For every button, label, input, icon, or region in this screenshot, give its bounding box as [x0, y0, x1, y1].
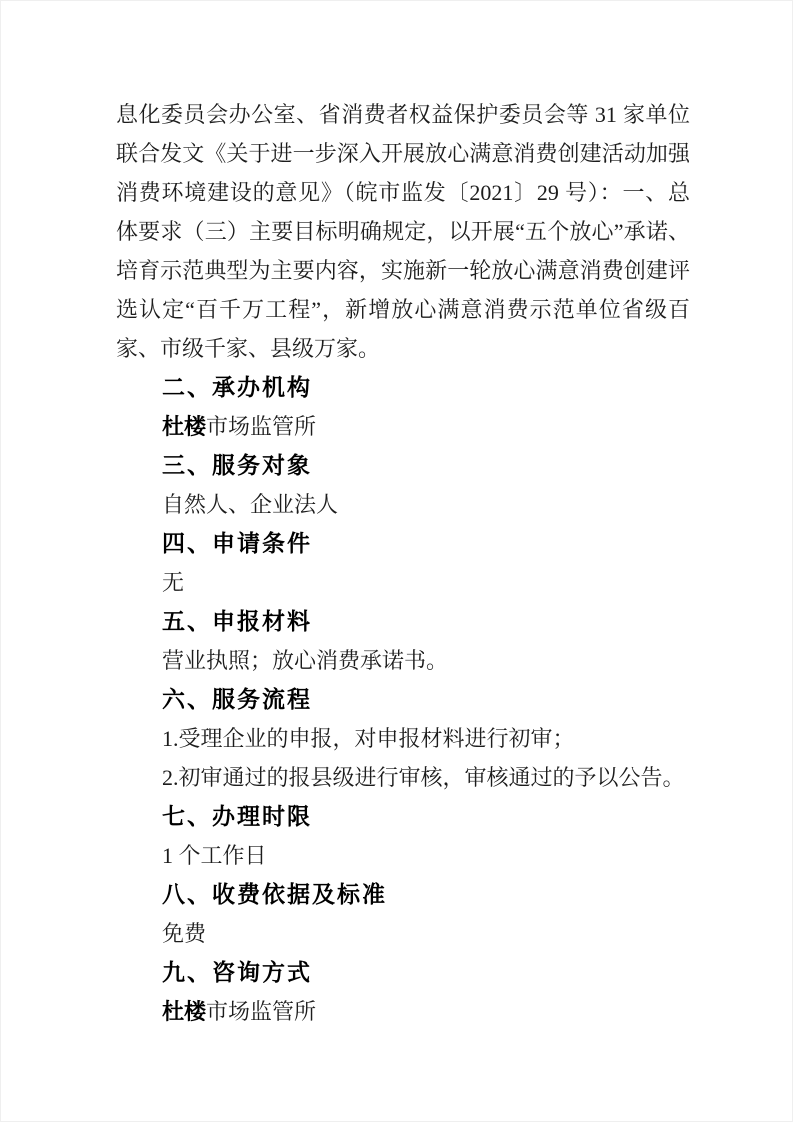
- section-body: 杜楼市场监管所: [116, 992, 690, 1031]
- section-body-text: 市场监管所: [206, 999, 316, 1024]
- intro-paragraph: 息化委员会办公室、省消费者权益保护委员会等 31 家单位 联合发文《关于进一步深…: [116, 95, 690, 368]
- section-body-emphasis: 杜楼: [162, 999, 206, 1024]
- intro-line: 家、市级千家、县级万家。: [116, 329, 690, 368]
- section-heading: 三、服务对象: [116, 446, 690, 485]
- section-body-text: 市场监管所: [206, 414, 316, 439]
- section-body: 杜楼市场监管所: [116, 407, 690, 446]
- section-body: 免费: [116, 914, 690, 953]
- section-consultation-method: 九、咨询方式 杜楼市场监管所: [116, 953, 690, 1031]
- section-fee-basis-standard: 八、收费依据及标准 免费: [116, 875, 690, 953]
- intro-line: 体要求（三）主要目标明确规定，以开展“五个放心”承诺、: [116, 212, 690, 251]
- section-heading: 九、咨询方式: [116, 953, 690, 992]
- section-service-process: 六、服务流程 1.受理企业的申报，对申报材料进行初审； 2.初审通过的报县级进行…: [116, 680, 690, 797]
- section-body: 营业执照；放心消费承诺书。: [116, 641, 690, 680]
- section-body: 自然人、企业法人: [116, 485, 690, 524]
- section-undertaking-agency: 二、承办机构 杜楼市场监管所: [116, 368, 690, 446]
- section-body-text: 免费: [162, 921, 206, 946]
- section-body: 1.受理企业的申报，对申报材料进行初审；: [116, 719, 690, 758]
- section-body: 1 个工作日: [116, 836, 690, 875]
- section-body-text: 自然人、企业法人: [162, 492, 338, 517]
- section-body-text: 2.初审通过的报县级进行审核，审核通过的予以公告。: [162, 765, 685, 790]
- document-page: 息化委员会办公室、省消费者权益保护委员会等 31 家单位 联合发文《关于进一步深…: [0, 0, 793, 1122]
- section-service-target: 三、服务对象 自然人、企业法人: [116, 446, 690, 524]
- intro-line: 息化委员会办公室、省消费者权益保护委员会等 31 家单位: [116, 95, 690, 134]
- section-application-materials: 五、申报材料 营业执照；放心消费承诺书。: [116, 602, 690, 680]
- intro-line: 消费环境建设的意见》（皖市监发〔2021〕29 号）：一、总: [116, 173, 690, 212]
- section-body-text: 1 个工作日: [162, 843, 267, 868]
- section-body: 无: [116, 563, 690, 602]
- section-heading: 四、申请条件: [116, 524, 690, 563]
- intro-line: 联合发文《关于进一步深入开展放心满意消费创建活动加强: [116, 134, 690, 173]
- section-heading: 六、服务流程: [116, 680, 690, 719]
- section-heading: 七、办理时限: [116, 797, 690, 836]
- section-heading: 五、申报材料: [116, 602, 690, 641]
- section-heading: 八、收费依据及标准: [116, 875, 690, 914]
- section-application-conditions: 四、申请条件 无: [116, 524, 690, 602]
- section-body-emphasis: 杜楼: [162, 414, 206, 439]
- document-content: 息化委员会办公室、省消费者权益保护委员会等 31 家单位 联合发文《关于进一步深…: [116, 95, 690, 1031]
- intro-line: 培育示范典型为主要内容，实施新一轮放心满意消费创建评: [116, 251, 690, 290]
- section-body-text: 无: [162, 570, 184, 595]
- section-body: 2.初审通过的报县级进行审核，审核通过的予以公告。: [116, 758, 690, 797]
- section-body-text: 1.受理企业的申报，对申报材料进行初审；: [162, 726, 575, 751]
- intro-line: 选认定“百千万工程”，新增放心满意消费示范单位省级百: [116, 290, 690, 329]
- section-processing-time-limit: 七、办理时限 1 个工作日: [116, 797, 690, 875]
- section-body-text: 营业执照；放心消费承诺书。: [162, 648, 448, 673]
- section-heading: 二、承办机构: [116, 368, 690, 407]
